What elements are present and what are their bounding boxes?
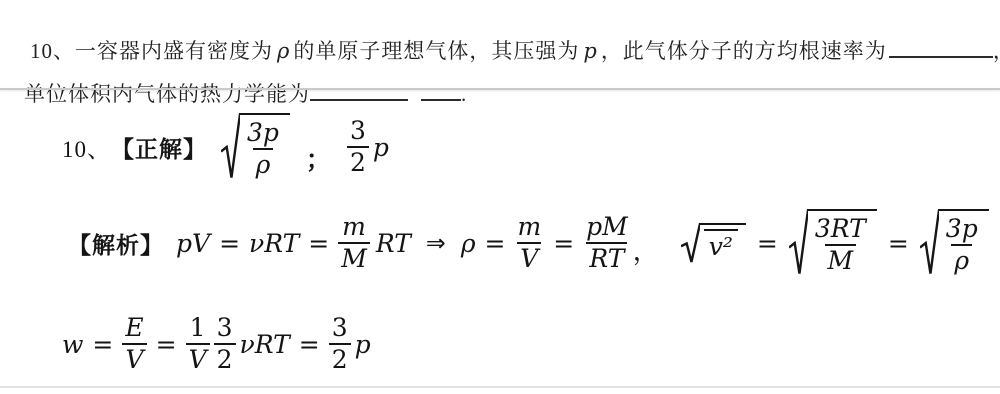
nuRT-term: νRT (249, 229, 299, 258)
equals-sign: = (888, 229, 909, 258)
fraction-denominator: 2 (347, 146, 369, 177)
pV-term: pV (176, 229, 210, 258)
radical-sign-icon (681, 223, 700, 264)
fraction-3p-rho: 3p ρ (943, 215, 981, 275)
radical-sign-icon (920, 209, 939, 277)
equals-sign: = (757, 229, 778, 258)
problem-statement-line-1: 10、一容器内盛有密度为ρ的单原子理想气体，其压强为p，此气体分子的方均根速率为… (30, 35, 1000, 65)
semicolon-separator: ； (306, 140, 331, 176)
p-variable: p (355, 330, 371, 359)
fraction-denominator: 2 (329, 343, 351, 374)
problem-text-gas: 的单原子理想气体，其压强为 (293, 39, 579, 63)
fraction-numerator: pM (583, 213, 631, 242)
radicand: 3p ρ (938, 209, 989, 277)
problem-period-end: . (461, 82, 467, 106)
radicand: v² (699, 223, 746, 264)
fraction-numerator: 1 (187, 314, 209, 343)
energy-density-line: w = E V = 1 V 3 2 νRT = 3 2 p (62, 308, 371, 380)
fraction-numerator: 3 (347, 117, 369, 146)
fraction-m-V: m V (514, 213, 544, 273)
fraction-denominator: V (186, 343, 210, 374)
fraction-E-V: E V (122, 314, 146, 374)
equals-sign: = (308, 229, 329, 258)
fraction-3RT-M: 3RT M (812, 215, 869, 275)
radicand: 3RT M (807, 209, 877, 277)
equals-sign: = (219, 229, 240, 258)
section-divider-top (0, 88, 1000, 90)
sqrt-3p-over-rho: 3p ρ (920, 209, 989, 277)
answer-blank-energy-1 (310, 96, 408, 101)
fraction-denominator: V (517, 242, 541, 273)
p-variable: p (373, 133, 389, 162)
rho-variable: ρ (277, 39, 289, 63)
problem-number: 10、 (30, 39, 75, 63)
sqrt-mean-square-speed: v² (681, 223, 746, 264)
answer-line: 10、 【正解】 3p ρ ； 3 2 p (62, 108, 389, 186)
problem-comma-end: ， (993, 39, 1000, 63)
fraction-numerator: 3p (943, 215, 981, 244)
answer-blank-rms (889, 53, 993, 58)
problem-text-rms: ，此气体分子的方均根速率为 (601, 39, 887, 63)
scan-edge-bottom (0, 386, 1000, 388)
fraction-numerator: 3RT (812, 215, 869, 244)
fraction-denominator: 2 (214, 343, 236, 374)
fraction-denominator: M (338, 242, 370, 273)
answer-blank-energy-2 (421, 96, 461, 101)
fraction-numerator: m (514, 213, 544, 242)
radical-sign-icon (789, 209, 808, 277)
answer-label: 【正解】 (111, 131, 207, 164)
v-squared-mean-bar: v² (704, 229, 738, 261)
fraction-numerator: 3 (329, 314, 351, 343)
p-variable: p (583, 39, 596, 63)
comma-separator: ， (633, 231, 659, 268)
fraction-3-2-result: 3 2 (329, 314, 351, 374)
problem-text-energy: 单位体积内气体的热力学能为 (24, 82, 310, 106)
answer-number: 10、 (62, 131, 111, 164)
fraction-numerator: E (122, 314, 146, 343)
implies-arrow-icon: ⇒ (426, 229, 446, 257)
rho-variable: ρ (461, 229, 476, 258)
sqrt-3RT-over-M: 3RT M (789, 209, 877, 277)
fraction-3-2: 3 2 (347, 117, 369, 177)
equals-sign: = (299, 330, 320, 359)
equals-sign: = (156, 330, 177, 359)
radicand: 3p ρ (239, 113, 290, 181)
fraction-1-V: 1 V (186, 314, 210, 374)
equals-sign: = (485, 229, 506, 258)
analysis-line: 【解析】 pV = νRT = m M RT ⇒ ρ = m V = pM RT… (68, 202, 991, 284)
problem-statement-line-2: 单位体积内气体的热力学能为. (24, 78, 467, 108)
fraction-m-M: m M (338, 213, 370, 273)
fraction-denominator: V (122, 343, 146, 374)
nuRT-term: νRT (240, 330, 290, 359)
RT-term: RT (376, 229, 411, 258)
worksheet-page: 10、一容器内盛有密度为ρ的单原子理想气体，其压强为p，此气体分子的方均根速率为… (0, 0, 1000, 394)
fraction-numerator: 3p (244, 119, 282, 148)
equals-sign: = (553, 229, 574, 258)
fraction-denominator: ρ (951, 244, 972, 275)
fraction-pM-RT: pM RT (583, 213, 631, 273)
analysis-label: 【解析】 (68, 227, 164, 260)
fraction-denominator: ρ (253, 148, 274, 179)
equals-sign: = (92, 330, 113, 359)
fraction-numerator: 3 (214, 314, 236, 343)
radical-sign-icon (221, 113, 240, 181)
fraction-denominator: M (825, 244, 857, 275)
problem-text-intro: 一容器内盛有密度为 (75, 39, 273, 63)
w-variable: w (62, 330, 83, 359)
fraction-numerator: m (339, 213, 369, 242)
fraction-denominator: RT (586, 242, 627, 273)
fraction-3p-rho: 3p ρ (244, 119, 282, 179)
sqrt-3p-over-rho: 3p ρ (221, 113, 290, 181)
fraction-3-2: 3 2 (214, 314, 236, 374)
